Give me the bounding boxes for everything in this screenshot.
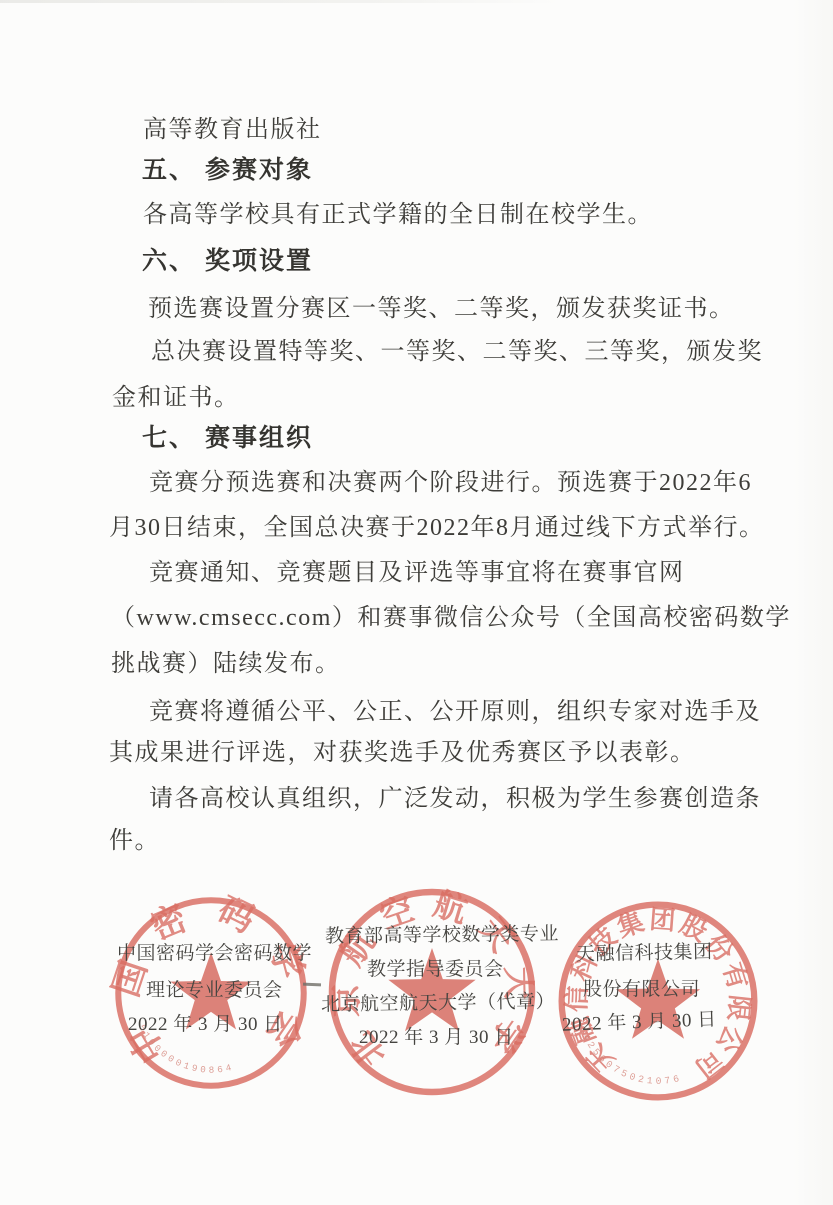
scan-artifact-right-shade	[793, 0, 833, 1205]
signature-org-line: 理论专业委员会	[146, 981, 283, 1000]
doc-line: 其成果进行评选，对获奖选手及优秀赛区予以表彰。	[109, 741, 696, 765]
doc-line: 挑战赛）陆续发布。	[111, 652, 341, 676]
doc-line: 竞赛分预选赛和决赛两个阶段进行。预选赛于2022年6	[149, 471, 752, 495]
signature-org-line: 天融信科技集团	[576, 943, 713, 964]
signature-org-line: 教学指导委员会	[367, 960, 504, 979]
signature-date: 2022 年 3 月 30 日	[562, 1010, 717, 1034]
doc-line: 金和证书。	[112, 386, 240, 410]
doc-line: 各高等学校具有正式学籍的全日制在校学生。	[143, 203, 653, 227]
doc-line: 件。	[109, 829, 160, 853]
section-heading-organization: 七、 赛事组织	[142, 426, 313, 451]
signature-org-line: 中国密码学会密码数学	[117, 944, 312, 963]
section-heading-awards: 六、 奖项设置	[142, 249, 313, 274]
section-heading-participants: 五、 参赛对象	[142, 158, 313, 183]
doc-line: 预选赛设置分赛区一等奖、二等奖，颁发获奖证书。	[148, 297, 735, 321]
scanned-document-page: { "page": { "kind": "scanned official no…	[0, 0, 833, 1205]
publisher-line: 高等教育出版社	[143, 118, 322, 142]
doc-line: 月30日结束，全国总决赛于2022年8月通过线下方式举行。	[109, 516, 765, 540]
doc-line: 请各高校认真组织，广泛发动，积极为学生参赛创造条	[149, 787, 761, 811]
scan-artifact-top-streak	[0, 0, 560, 3]
scan-artifact-dash	[303, 983, 321, 987]
doc-line-website: （www.cmsecc.com）和赛事微信公众号（全国高校密码数学	[111, 606, 791, 630]
signature-org-line: 股份有限公司	[583, 980, 700, 999]
signature-date: 2022 年 3 月 30 日	[359, 1028, 514, 1047]
signature-date: 2022 年 3 月 30 日	[128, 1015, 283, 1034]
doc-line: 竞赛通知、竞赛题目及评选等事宜将在赛事官网	[149, 561, 685, 585]
signature-org-line: 教育部高等学校数学类专业	[325, 925, 559, 946]
doc-line: 总决赛设置特等奖、一等奖、二等奖、三等奖，颁发奖	[151, 340, 763, 364]
signature-org-line: 北京航空航天大学（代章）	[321, 992, 555, 1014]
doc-line: 竞赛将遵循公平、公正、公开原则，组织专家对选手及	[149, 700, 761, 724]
official-seal-topsec: 天融信科技集团股份有限公司 4256075021076	[552, 895, 764, 1107]
